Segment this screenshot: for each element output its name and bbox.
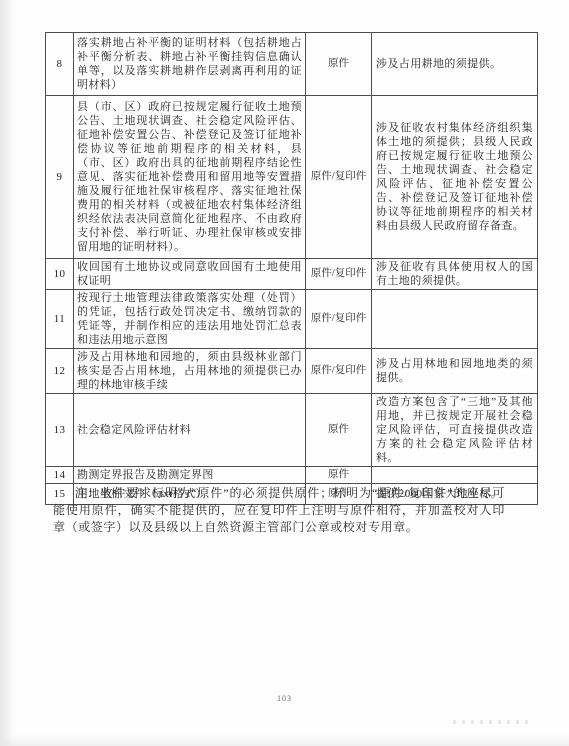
material-note: 涉及征收农村集体经济组织集体土地的须提供；县级人民政府已按规定履行征收土地预公告… — [372, 96, 538, 259]
material-type: 原件 — [306, 467, 372, 484]
material-type: 原件/复印件 — [306, 290, 372, 349]
material-name: 收回国有土地协议或同意收回国有土地使用权证明 — [74, 259, 306, 290]
material-type: 原件/复印件 — [306, 349, 372, 394]
row-number: 10 — [46, 259, 74, 290]
material-type: 原件/复印件 — [306, 96, 372, 259]
table-row: 8 落实耕地占补平衡的证明材料（包括耕地占补平衡分析表、耕地占补平衡挂钩信息确认… — [46, 33, 538, 96]
faint-scan-artifact — [453, 720, 531, 724]
material-name: 县（市、区）政府已按规定履行征收土地预公告、土地现状调查、社会稳定风险评估、征地… — [74, 96, 306, 259]
material-note — [372, 290, 538, 349]
row-number: 12 — [46, 349, 74, 394]
material-name: 按现行土地管理法律政策落实处理（处罚）的凭证，包括行政处罚决定书、缴纳罚款的凭证… — [74, 290, 306, 349]
document-page: 8 落实耕地占补平衡的证明材料（包括耕地占补平衡分析表、耕地占补平衡挂钩信息确认… — [0, 0, 569, 746]
material-name: 社会稳定风险评估材料 — [74, 394, 306, 467]
table-row: 10 收回国有土地协议或同意收回国有土地使用权证明 原件/复印件 涉及征收有具体… — [46, 259, 538, 290]
table-row: 12 涉及占用林地和园地的，须由县级林业部门核实是否占用林地，占用林地的须提供已… — [46, 349, 538, 394]
row-number: 9 — [46, 96, 74, 259]
material-note: 涉及征收有具体使用权人的国有土地的须提供。 — [372, 259, 538, 290]
material-type: 原件/复印件 — [306, 259, 372, 290]
page-number: 103 — [0, 694, 569, 703]
material-type: 原件 — [306, 33, 372, 96]
row-number: 14 — [46, 467, 74, 484]
row-number: 13 — [46, 394, 74, 467]
material-note: 涉及占用耕地的须提供。 — [372, 33, 538, 96]
material-note — [372, 467, 538, 484]
row-number: 8 — [46, 33, 74, 96]
table-row: 14 勘测定界报告及勘测定界图 原件 — [46, 467, 538, 484]
table-row: 9 县（市、区）政府已按规定履行征收土地预公告、土地现状调查、社会稳定风险评估、… — [46, 96, 538, 259]
table-row: 13 社会稳定风险评估材料 原件 改造方案包含了“三地”及其他用地，并已按规定开… — [46, 394, 538, 467]
material-name: 勘测定界报告及勘测定界图 — [74, 467, 306, 484]
material-name: 涉及占用林地和园地的，须由县级林业部门核实是否占用林地，占用林地的须提供已办理的… — [74, 349, 306, 394]
material-name: 落实耕地占补平衡的证明材料（包括耕地占补平衡分析表、耕地占补平衡挂钩信息确认单等… — [74, 33, 306, 96]
material-type: 原件 — [306, 394, 372, 467]
table-row: 11 按现行土地管理法律政策落实处理（处罚）的凭证，包括行政处罚决定书、缴纳罚款… — [46, 290, 538, 349]
material-note: 改造方案包含了“三地”及其他用地，并已按规定开展社会稳定风险评估，可直接提供改造… — [372, 394, 538, 467]
row-number: 11 — [46, 290, 74, 349]
materials-table: 8 落实耕地占补平衡的证明材料（包括耕地占补平衡分析表、耕地占补平衡挂钩信息确认… — [45, 32, 538, 505]
material-note: 涉及占用林地和园地地类的须提供。 — [372, 349, 538, 394]
footnote: 注：收件要求标明为“原件”的必须提供原件；标明为“原件/复印件”的应尽可能使用原… — [53, 485, 505, 536]
